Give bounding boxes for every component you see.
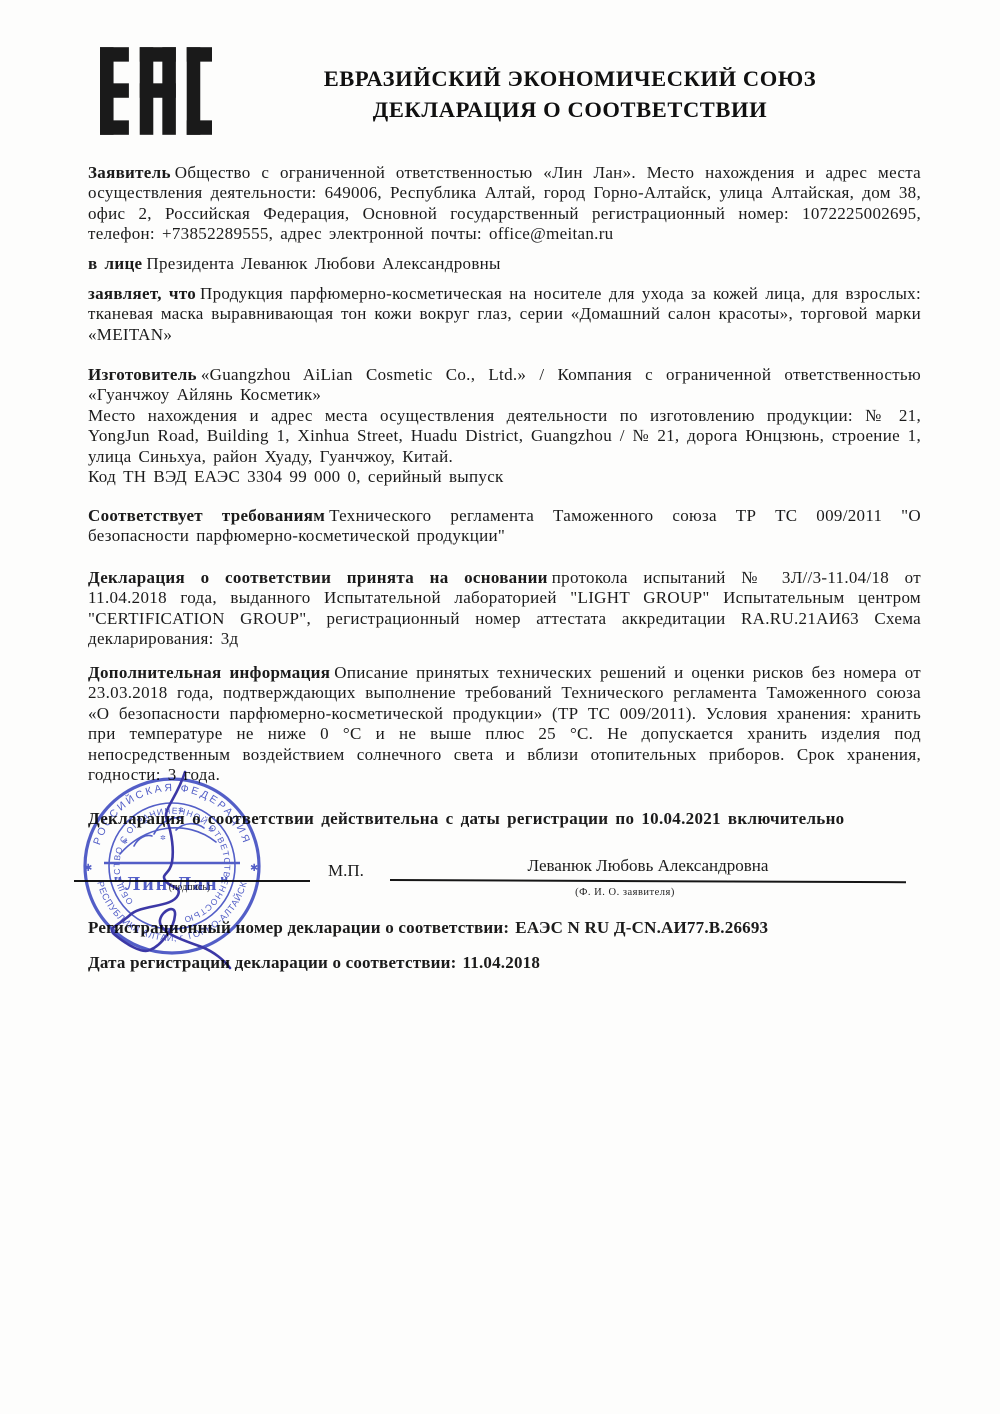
manufacturer-text: «Guangzhou AiLian Cosmetic Co., Ltd.» / …	[88, 365, 921, 404]
manufacturer-tn-ved-code: Код ТН ВЭД ЕАЭС 3304 99 000 0, серийный …	[88, 467, 921, 487]
applicant-name: Леванюк Любовь Александровна	[390, 856, 906, 876]
svg-text:✲: ✲	[122, 838, 128, 846]
manufacturer-address: Место нахождения и адрес места осуществл…	[88, 406, 921, 467]
declares-text: Продукция парфюмерно-косметическая на но…	[88, 284, 921, 344]
svg-text:✲: ✲	[178, 806, 184, 814]
paragraph-declares: заявляет, чтоПродукция парфюмерно-космет…	[88, 284, 921, 345]
registration-date-value: 11.04.2018	[462, 953, 540, 972]
eac-logo: EAC	[100, 46, 212, 136]
stamp-place-label: М.П.	[328, 861, 364, 881]
registration-number-value: ЕАЭС N RU Д-CN.АИ77.В.26693	[515, 918, 768, 937]
title-line-union: ЕВРАЗИЙСКИЙ ЭКОНОМИЧЕСКИЙ СОЮЗ	[240, 63, 900, 94]
svg-text:✲: ✲	[208, 826, 214, 834]
applicant-label: Заявитель	[88, 163, 171, 182]
name-caption: (Ф. И. О. заявителя)	[390, 887, 860, 898]
paragraph-applicant: ЗаявительОбщество с ограниченной ответст…	[88, 163, 921, 245]
company-stamp: РОССИЙСКАЯ ФЕДЕРАЦИЯ РЕСПУБЛИКА АЛТАЙ, г…	[58, 760, 308, 978]
svg-text:✲: ✲	[160, 834, 166, 842]
represented-by-label: в лице	[88, 254, 142, 273]
svg-text:✲: ✲	[142, 818, 148, 826]
title-line-declaration: ДЕКЛАРАЦИЯ О СООТВЕТСТВИИ	[240, 94, 900, 125]
name-line	[390, 879, 906, 883]
stamp-star-right-icon: ✱	[250, 863, 258, 874]
manufacturer-label: Изготовитель	[88, 365, 197, 384]
stamp-company-name: "Лин Лан"	[112, 873, 232, 895]
stamp-star-left-icon: ✱	[84, 863, 92, 874]
eac-logo-letters	[100, 47, 212, 135]
declaration-document-page: EAC ЕВРАЗИЙСКИЙ ЭКОНОМИЧЕСКИЙ СОЮЗ ДЕКЛА…	[0, 0, 1000, 1414]
manufacturer-name-line: Изготовитель«Guangzhou AiLian Cosmetic C…	[88, 365, 921, 406]
additional-info-label: Дополнительная информация	[88, 663, 330, 682]
represented-by-text: Президента Леванюк Любови Александровны	[146, 254, 500, 273]
basis-label: Декларация о соответствии принята на осн…	[88, 568, 548, 587]
paragraph-manufacturer: Изготовитель«Guangzhou AiLian Cosmetic C…	[88, 365, 921, 487]
conformity-label: Соответствует требованиям	[88, 506, 325, 525]
paragraph-basis: Декларация о соответствии принята на осн…	[88, 568, 921, 650]
declares-label: заявляет, что	[88, 284, 196, 303]
document-title: ЕВРАЗИЙСКИЙ ЭКОНОМИЧЕСКИЙ СОЮЗ ДЕКЛАРАЦИ…	[240, 63, 900, 125]
paragraph-represented-by: в лицеПрезидента Леванюк Любови Александ…	[88, 254, 921, 274]
applicant-text: Общество с ограниченной ответственностью…	[88, 163, 921, 243]
paragraph-conformity: Соответствует требованиямТехнического ре…	[88, 506, 921, 547]
